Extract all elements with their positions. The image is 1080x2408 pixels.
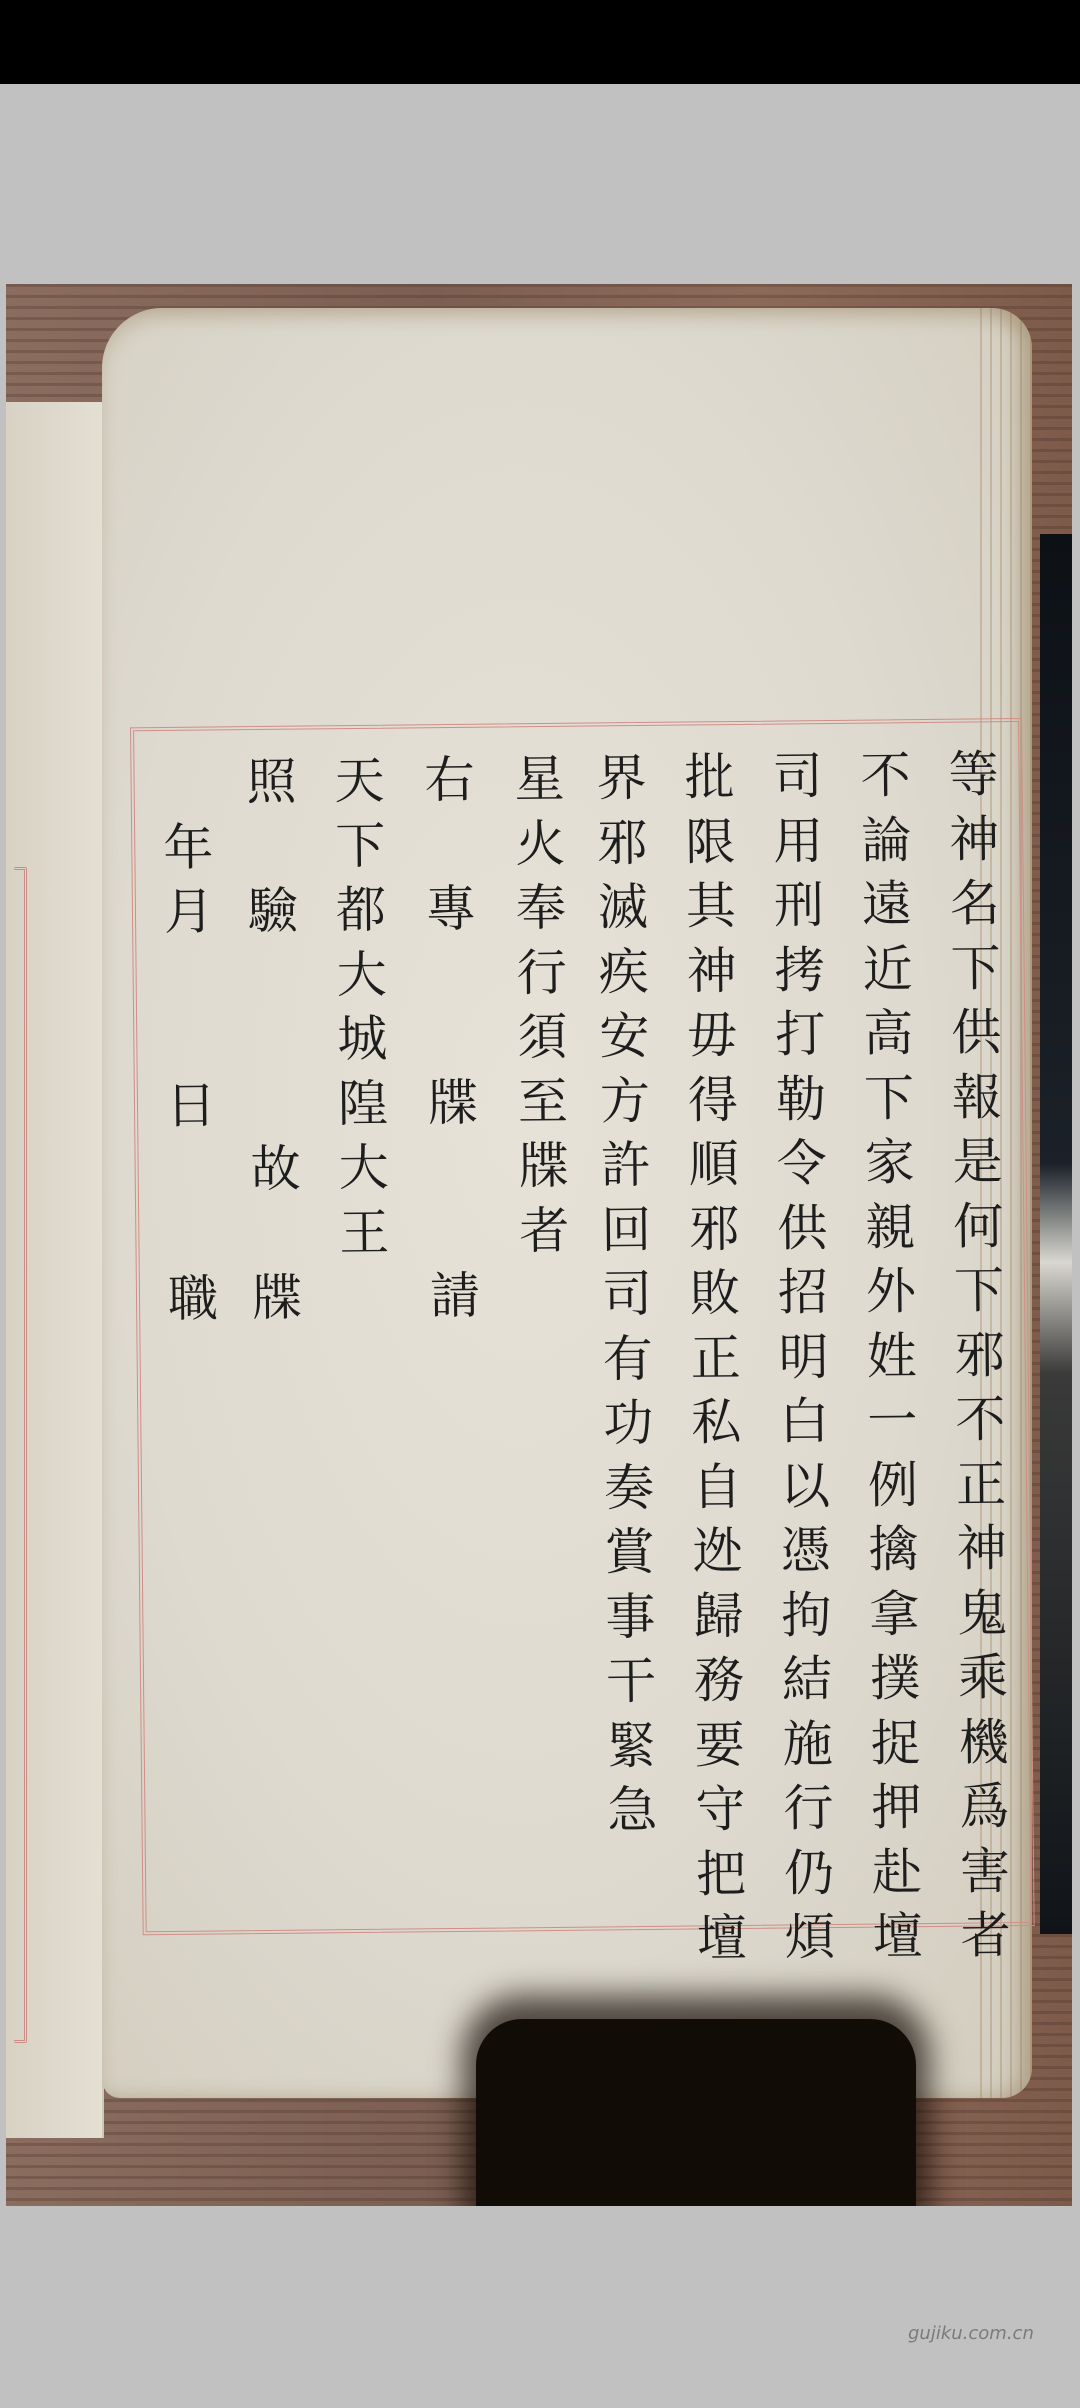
text-character: 隍 — [338, 1071, 389, 1136]
text-character: 要 — [694, 1712, 745, 1777]
text-character: 大 — [336, 942, 387, 1007]
text-character: 者 — [519, 1198, 570, 1263]
text-character: 須 — [517, 1005, 568, 1070]
text-character: 等 — [948, 742, 999, 807]
text-character — [272, 814, 273, 878]
text-character — [451, 941, 452, 1005]
text-character: 令 — [776, 1131, 827, 1196]
text-character: 順 — [688, 1132, 739, 1197]
text-character — [190, 1009, 191, 1073]
text-character: 歸 — [693, 1583, 744, 1648]
text-character — [450, 812, 451, 876]
text-character: 奉 — [516, 876, 567, 941]
text-character: 王 — [339, 1200, 390, 1265]
text-character: 押 — [871, 1775, 922, 1840]
text-character: 不 — [860, 743, 911, 808]
text-character: 都 — [336, 878, 387, 943]
text-character: 自 — [692, 1454, 743, 1519]
text-column-3: 司用刑拷打勒令供招明白以憑拘結施行仍煩 — [762, 744, 845, 1970]
text-character: 把 — [696, 1841, 747, 1906]
text-character: 撲 — [870, 1646, 921, 1711]
text-character: 神 — [949, 807, 1000, 872]
text-character: 請 — [430, 1264, 481, 1329]
text-column-4: 批限其神毋得順邪敗正私自迯歸務要守把壇 — [674, 745, 757, 1971]
printed-frame-border: 等神名下供報是何下邪不正神鬼乘機爲害者 不論遠近高下家親外姓一例擒拿撲捉押赴壇 … — [130, 718, 1035, 1935]
text-character: 限 — [685, 810, 736, 875]
text-character: 害 — [960, 1839, 1011, 1904]
text-character: 有 — [602, 1326, 653, 1391]
text-character: 明 — [778, 1325, 829, 1390]
text-character: 驗 — [248, 879, 299, 944]
text-character — [189, 944, 190, 1008]
text-character — [192, 1202, 193, 1266]
text-character: 毋 — [687, 1003, 738, 1068]
text-character: 拿 — [869, 1582, 920, 1647]
text-character: 赴 — [872, 1840, 923, 1905]
previous-page-border — [14, 867, 27, 2043]
watermark: gujiku.com.cn — [908, 2323, 1034, 2344]
text-character: 緊 — [606, 1713, 657, 1778]
text-character: 乘 — [958, 1645, 1009, 1710]
text-character: 煩 — [784, 1905, 835, 1970]
text-character: 回 — [601, 1197, 652, 1262]
text-character: 拘 — [781, 1583, 832, 1648]
text-character — [453, 1135, 454, 1199]
text-character: 何 — [953, 1194, 1004, 1259]
text-character: 務 — [694, 1648, 745, 1713]
finger-shadow — [476, 2019, 916, 2206]
text-character: 不 — [955, 1387, 1006, 1452]
text-character: 迯 — [692, 1519, 743, 1584]
text-character: 捉 — [870, 1711, 921, 1776]
text-character: 供 — [777, 1196, 828, 1261]
text-character: 擒 — [868, 1517, 919, 1582]
text-character: 邪 — [689, 1196, 740, 1261]
text-character: 專 — [426, 877, 477, 942]
text-character: 滅 — [598, 875, 649, 940]
text-character: 行 — [516, 940, 567, 1005]
text-character: 右 — [424, 748, 475, 813]
text-character: 守 — [695, 1777, 746, 1842]
text-character: 仍 — [784, 1841, 835, 1906]
text-character: 功 — [603, 1391, 654, 1456]
text-character: 論 — [861, 808, 912, 873]
text-character: 例 — [868, 1453, 919, 1518]
text-column-1: 等神名下供報是何下邪不正神鬼乘機爲害者 — [938, 742, 1021, 1968]
text-character: 憑 — [780, 1518, 831, 1583]
text-character: 故 — [250, 1137, 301, 1202]
text-character: 照 — [246, 750, 297, 815]
text-character: 鬼 — [957, 1581, 1008, 1646]
text-character: 用 — [773, 809, 824, 874]
text-character: 干 — [606, 1649, 657, 1714]
text-character: 近 — [862, 937, 913, 1002]
text-character: 方 — [600, 1068, 651, 1133]
text-character: 壇 — [696, 1906, 747, 1971]
book-page: 等神名下供報是何下邪不正神鬼乘機爲害者 不論遠近高下家親外姓一例擒拿撲捉押赴壇 … — [102, 308, 1032, 2098]
text-character: 家 — [864, 1130, 915, 1195]
text-character: 敗 — [690, 1261, 741, 1326]
text-character: 邪 — [597, 810, 648, 875]
text-character: 勒 — [776, 1067, 827, 1132]
text-character: 高 — [863, 1001, 914, 1066]
text-character: 疾 — [598, 939, 649, 1004]
text-character: 賞 — [604, 1520, 655, 1585]
text-character: 許 — [600, 1133, 651, 1198]
text-character — [187, 751, 188, 815]
text-character: 神 — [686, 939, 737, 1004]
text-character: 邪 — [954, 1323, 1005, 1388]
text-character: 牒 — [428, 1070, 479, 1135]
text-character — [273, 943, 274, 1007]
text-character: 親 — [865, 1195, 916, 1260]
text-character: 火 — [515, 811, 566, 876]
text-column-2: 不論遠近高下家親外姓一例擒拿撲捉押赴壇 — [850, 743, 933, 1969]
text-character: 拷 — [774, 938, 825, 1003]
text-character: 神 — [956, 1516, 1007, 1581]
text-character — [452, 1006, 453, 1070]
text-character — [191, 1138, 192, 1202]
text-character: 界 — [596, 746, 647, 811]
text-character: 司 — [772, 744, 823, 809]
text-character: 施 — [782, 1712, 833, 1777]
text-character: 正 — [690, 1325, 741, 1390]
text-column-8: 天下都大城隍大王 — [324, 749, 399, 1266]
previous-page-edge — [6, 402, 104, 2138]
text-character: 下 — [335, 813, 386, 878]
text-character: 安 — [599, 1004, 650, 1069]
text-character: 供 — [951, 1000, 1002, 1065]
text-character — [274, 1008, 275, 1072]
text-character: 月 — [164, 879, 215, 944]
text-character: 城 — [337, 1007, 388, 1072]
book-photo[interactable]: 等神名下供報是何下邪不正神鬼乘機爲害者 不論遠近高下家親外姓一例擒拿撲捉押赴壇 … — [6, 284, 1072, 2206]
text-character: 職 — [168, 1266, 219, 1331]
text-character: 星 — [514, 747, 565, 812]
text-character: 下 — [950, 936, 1001, 1001]
text-character: 一 — [867, 1388, 918, 1453]
text-character: 報 — [952, 1065, 1003, 1130]
text-character: 外 — [866, 1259, 917, 1324]
text-character: 奏 — [604, 1455, 655, 1520]
text-character: 其 — [686, 874, 737, 939]
vertical-text-block: 等神名下供報是何下邪不正神鬼乘機爲害者 不論遠近高下家親外姓一例擒拿撲捉押赴壇 … — [134, 722, 1031, 1931]
background-cloth — [1040, 534, 1072, 1934]
text-character — [275, 1072, 276, 1136]
text-character: 日 — [166, 1073, 217, 1138]
text-character: 事 — [605, 1584, 656, 1649]
text-character: 得 — [688, 1067, 739, 1132]
text-character: 白 — [779, 1389, 830, 1454]
text-character — [454, 1199, 455, 1263]
text-character: 招 — [778, 1260, 829, 1325]
text-character — [276, 1201, 277, 1265]
text-column-6: 星火奉行須至牒者 — [504, 747, 579, 1264]
text-character: 壇 — [872, 1904, 923, 1969]
text-column-10: 年月日職 — [152, 750, 228, 1331]
status-bar — [0, 0, 1080, 84]
text-character: 刑 — [774, 873, 825, 938]
text-character: 牒 — [518, 1134, 569, 1199]
text-character: 以 — [780, 1454, 831, 1519]
text-character: 正 — [956, 1452, 1007, 1517]
text-character: 下 — [954, 1258, 1005, 1323]
text-character: 結 — [782, 1647, 833, 1712]
text-character: 天 — [334, 749, 385, 814]
text-character: 至 — [518, 1069, 569, 1134]
text-character: 大 — [338, 1136, 389, 1201]
text-column-5: 界邪滅疾安方許回司有功奏賞事干緊急 — [586, 746, 667, 1843]
text-character: 爲 — [959, 1774, 1010, 1839]
text-column-9: 照驗故牒 — [236, 749, 312, 1330]
text-character: 年 — [163, 815, 214, 880]
text-character: 司 — [602, 1262, 653, 1327]
text-character: 批 — [684, 745, 735, 810]
text-character: 打 — [775, 1002, 826, 1067]
text-character: 行 — [783, 1776, 834, 1841]
text-character: 機 — [958, 1710, 1009, 1775]
text-character: 名 — [950, 871, 1001, 936]
text-character: 遠 — [862, 872, 913, 937]
text-character: 牒 — [252, 1266, 303, 1331]
text-character: 下 — [864, 1066, 915, 1131]
text-character: 私 — [691, 1390, 742, 1455]
text-character: 是 — [952, 1129, 1003, 1194]
text-character: 姓 — [866, 1324, 917, 1389]
text-character: 急 — [607, 1778, 658, 1843]
text-column-7: 右專牒請 — [414, 748, 490, 1329]
text-character: 者 — [960, 1903, 1011, 1968]
